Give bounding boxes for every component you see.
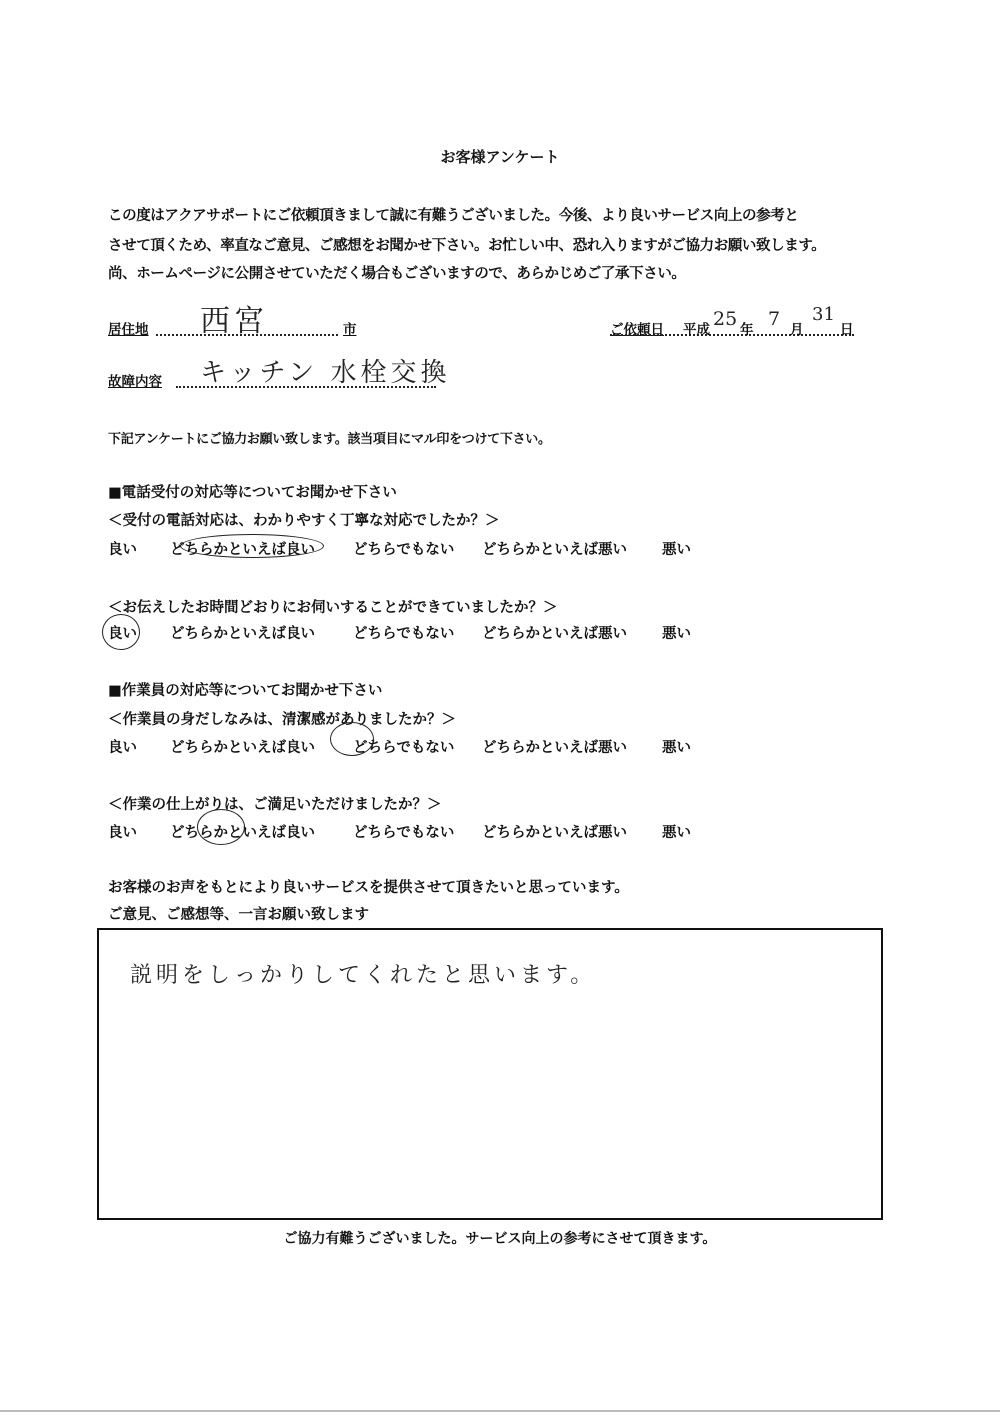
option-bad[interactable]: 悪い bbox=[662, 821, 691, 842]
era-label: 平成 bbox=[683, 318, 710, 338]
option-somewhat-good[interactable]: どちらかといえば良い bbox=[170, 821, 315, 842]
month-unit: 月 bbox=[790, 318, 804, 338]
option-somewhat-bad[interactable]: どちらかといえば悪い bbox=[482, 622, 627, 643]
request-date-line bbox=[610, 334, 854, 336]
residence-label: 居住地 bbox=[108, 318, 149, 338]
year-unit: 年 bbox=[740, 318, 754, 338]
option-good[interactable]: 良い bbox=[108, 821, 137, 842]
month-field[interactable]: 7 bbox=[768, 308, 780, 330]
option-somewhat-bad[interactable]: どちらかといえば悪い bbox=[482, 821, 627, 842]
intro-line-3: 尚、ホームページに公開させていただく場合もございますので、あらかじめご了承下さい… bbox=[108, 262, 686, 283]
option-somewhat-good[interactable]: どちらかといえば良い bbox=[170, 538, 315, 559]
footer-thanks: ご協力有難うございました。サービス向上の参考にさせて頂きます。 bbox=[0, 1228, 1000, 1248]
scan-edge-line bbox=[0, 1410, 1000, 1412]
instruction-text: 下記アンケートにご協力お願い致します。該当項目にマル印をつけて下さい。 bbox=[108, 428, 551, 447]
option-somewhat-bad[interactable]: どちらかといえば悪い bbox=[482, 538, 627, 559]
comment-prompt-line-2: ご意見、ご感想等、一言お願い致します bbox=[108, 903, 369, 924]
comment-prompt-line-1: お客様のお声をもとにより良いサービスを提供させて頂きたいと思っています。 bbox=[108, 876, 629, 897]
form-title: お客様アンケート bbox=[0, 146, 1000, 167]
option-good[interactable]: 良い bbox=[108, 622, 137, 643]
option-bad[interactable]: 悪い bbox=[662, 538, 691, 559]
option-neutral[interactable]: どちらでもない bbox=[353, 821, 454, 842]
option-neutral[interactable]: どちらでもない bbox=[353, 736, 454, 757]
option-somewhat-good[interactable]: どちらかといえば良い bbox=[170, 622, 315, 643]
question-staff-appearance: ＜作業員の身だしなみは、清潔感がありましたか？＞ bbox=[108, 708, 456, 729]
option-good[interactable]: 良い bbox=[108, 538, 137, 559]
option-somewhat-bad[interactable]: どちらかといえば悪い bbox=[482, 736, 627, 757]
option-somewhat-good[interactable]: どちらかといえば良い bbox=[170, 736, 315, 757]
residence-field[interactable]: 西宮 bbox=[200, 296, 268, 340]
question-arrival-time: ＜お伝えしたお時間どおりにお伺いすることができていましたか？＞ bbox=[108, 596, 558, 617]
issue-field[interactable]: キッチン 水栓交換 bbox=[200, 352, 450, 389]
option-bad[interactable]: 悪い bbox=[662, 736, 691, 757]
option-bad[interactable]: 悪い bbox=[662, 622, 691, 643]
question-work-quality: ＜作業の仕上がりは、ご満足いただけましたか？＞ bbox=[108, 793, 442, 814]
option-neutral[interactable]: どちらでもない bbox=[353, 538, 454, 559]
city-suffix: 市 bbox=[343, 318, 357, 338]
day-field[interactable]: 31 bbox=[812, 304, 835, 325]
intro-line-1: この度はアクアサポートにご依頼頂きまして誠に有難うございました。今後、より良いサ… bbox=[108, 204, 798, 225]
option-neutral[interactable]: どちらでもない bbox=[353, 622, 454, 643]
day-unit: 日 bbox=[840, 318, 854, 338]
question-phone-courtesy: ＜受付の電話対応は、わかりやすく丁寧な対応でしたか？＞ bbox=[108, 509, 500, 530]
section-heading-staff: ■作業員の対応等についてお聞かせ下さい bbox=[108, 679, 382, 700]
comment-value: 説明をしっかりしてくれたと思います。 bbox=[130, 958, 596, 989]
year-field[interactable]: 25 bbox=[713, 308, 737, 330]
issue-label: 故障内容 bbox=[108, 370, 162, 390]
intro-line-2: させて頂くため、率直なご意見、ご感想をお聞かせ下さい。お忙しい中、恐れ入りますが… bbox=[108, 234, 825, 255]
option-good[interactable]: 良い bbox=[108, 736, 137, 757]
section-heading-phone: ■電話受付の対応等についてお聞かせ下さい bbox=[108, 481, 397, 502]
